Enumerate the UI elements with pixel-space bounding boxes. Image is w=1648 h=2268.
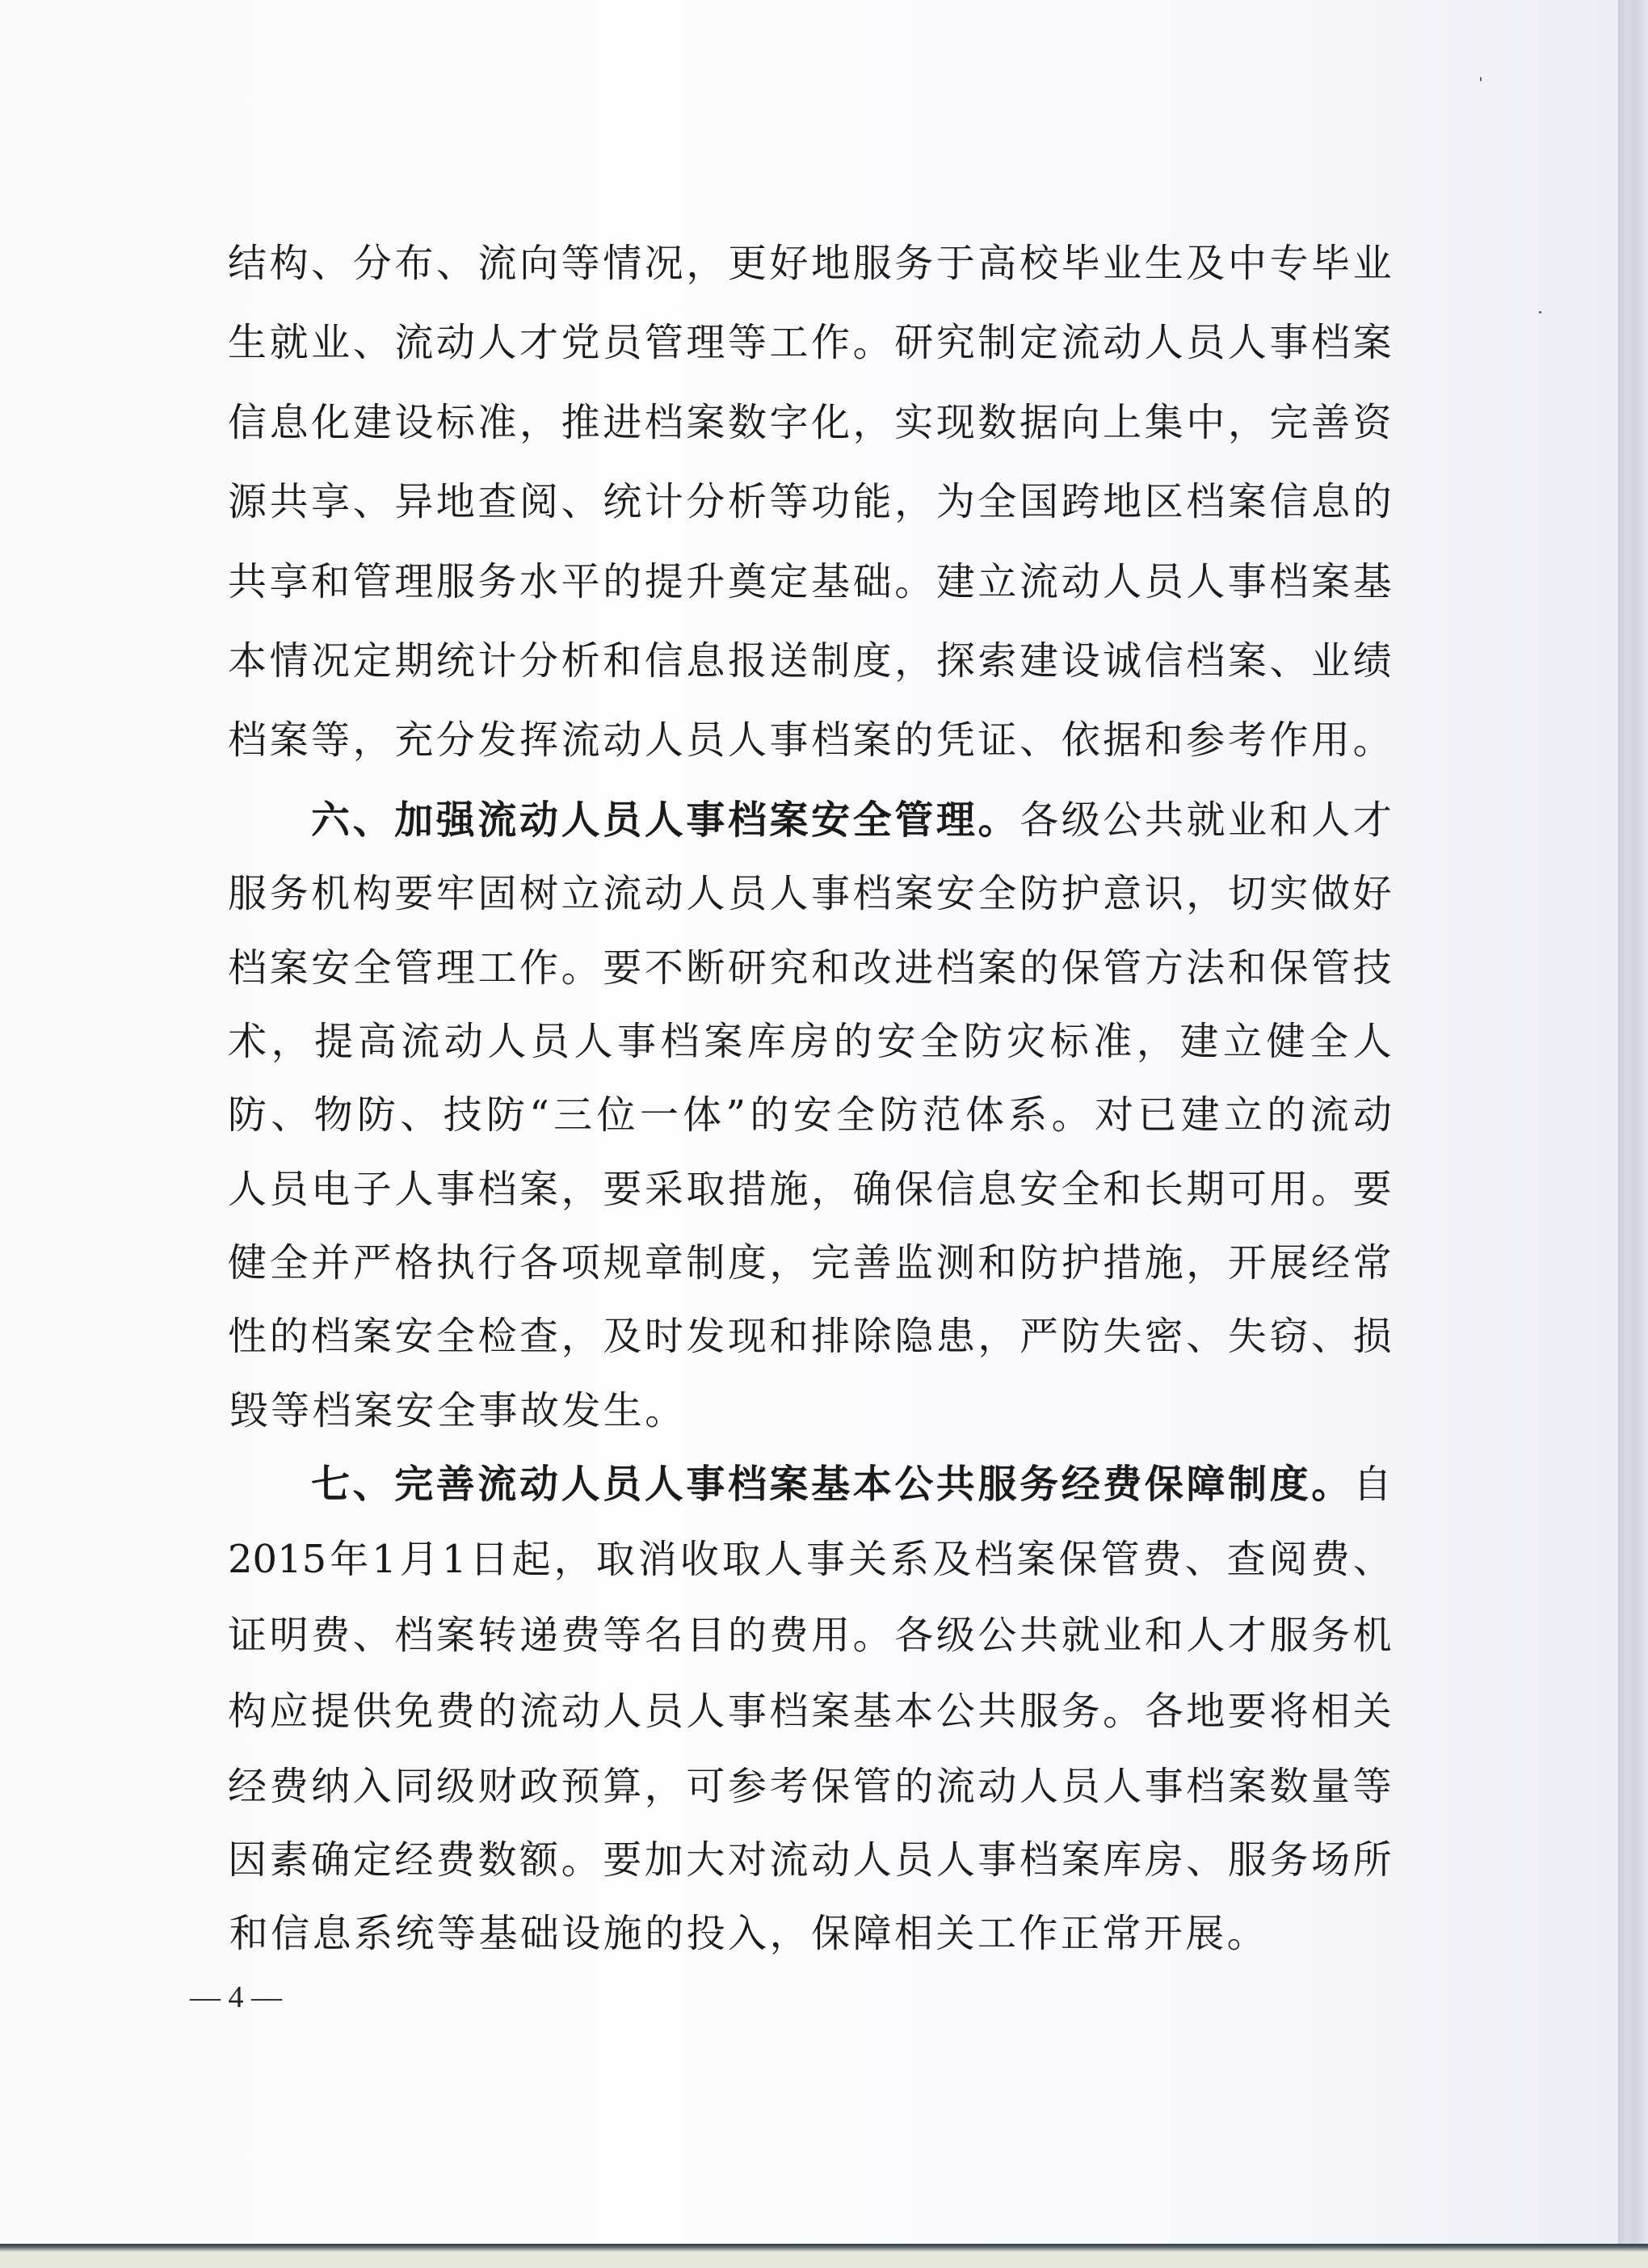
text-line: 术，提高流动人员人事档案库房的安全防灾标准，建立健全人 bbox=[228, 1021, 1392, 1062]
text-line: 经费纳入同级财政预算，可参考保管的流动人员人事档案数量等 bbox=[228, 1766, 1392, 1807]
text-line: 毁等档案安全事故发生。 bbox=[228, 1391, 1392, 1431]
page-number: — 4 — bbox=[190, 1981, 351, 2013]
text-line: 结构、分布、流向等情况，更好地服务于高校毕业生及中专毕业 bbox=[228, 243, 1392, 284]
text-line: 本情况定期统计分析和信息报送制度，探索建设诚信档案、业绩 bbox=[228, 641, 1392, 681]
section-heading-line: 六、加强流动人员人事档案安全管理。各级公共就业和人才 bbox=[311, 800, 1392, 840]
text-line: 和信息系统等基础设施的投入，保障相关工作正常开展。 bbox=[228, 1913, 1392, 1954]
text-line: 证明费、档案转递费等名目的费用。各级公共就业和人才服务机 bbox=[228, 1615, 1392, 1656]
text-line: 健全并严格执行各项规章制度，完善监测和防护措施，开展经常 bbox=[228, 1243, 1392, 1283]
binding-strip bbox=[1618, 0, 1648, 2246]
text-line: 性的档案安全检查，及时发现和排除隐患，严防失密、失窃、损 bbox=[228, 1316, 1392, 1357]
text-line: 信息化建设标准，推进档案数字化，实现数据向上集中，完善资 bbox=[228, 402, 1392, 443]
section-heading-line: 七、完善流动人员人事档案基本公共服务经费保障制度。自 bbox=[311, 1464, 1392, 1504]
text-line: 生就业、流动人才党员管理等工作。研究制定流动人员人事档案 bbox=[228, 322, 1392, 363]
text-line: 2015年1月1日起，取消收取人事关系及档案保管费、查阅费、 bbox=[228, 1539, 1392, 1580]
text-line: 构应提供免费的流动人员人事档案基本公共服务。各地要将相关 bbox=[228, 1691, 1392, 1732]
text-line: 因素确定经费数额。要加大对流动人员人事档案库房、服务场所 bbox=[228, 1840, 1392, 1880]
text-line: 档案等，充分发挥流动人员人事档案的凭证、依据和参考作用。 bbox=[228, 720, 1392, 760]
text-line: 共享和管理服务水平的提升奠定基础。建立流动人员人事档案基 bbox=[228, 562, 1392, 602]
scan-speck bbox=[1480, 77, 1482, 82]
scan-edge-shadow bbox=[0, 2244, 1648, 2252]
text-line: 档案安全管理工作。要不断研究和改进档案的保管方法和保管技 bbox=[228, 948, 1392, 988]
text-line: 防、物防、技防“三位一体”的安全防范体系。对已建立的流动 bbox=[228, 1095, 1392, 1135]
text-line: 源共享、异地查阅、统计分析等功能，为全国跨地区档案信息的 bbox=[228, 482, 1392, 522]
scan-speck bbox=[1539, 311, 1541, 313]
text-line: 服务机构要牢固树立流动人员人事档案安全防护意识，切实做好 bbox=[228, 873, 1392, 914]
text-line: 人员电子人事档案，要采取措施，确保信息安全和长期可用。要 bbox=[228, 1169, 1392, 1210]
